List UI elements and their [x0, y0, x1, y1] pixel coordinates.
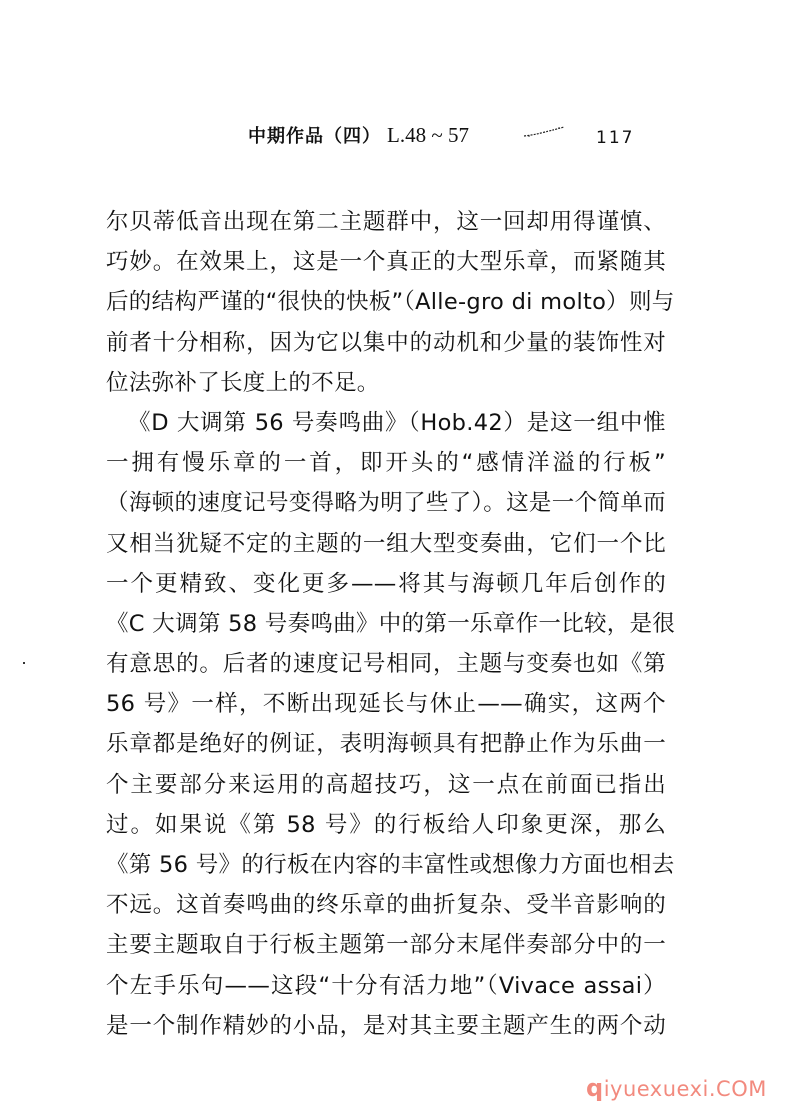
text-line: 前者十分相称，因为它以集中的动机和少量的装饰性对	[106, 323, 666, 363]
text-line: 一拥有慢乐章的一首，即开头的“感情洋溢的行板”	[106, 443, 666, 483]
text-line: 过。如果说《第 58 号》的行板给人印象更深，那么	[106, 805, 666, 845]
text-line: 56 号》一样，不断出现延长与休止——确实，这两个	[106, 684, 666, 724]
text-line: 个主要部分来运用的高超技巧，这一点在前面已指出	[106, 765, 666, 805]
flourish-icon	[523, 126, 565, 138]
text-line: 《第 56 号》的行板在内容的丰富性或想像力方面也相去	[106, 845, 666, 885]
text-line: 不远。这首奏鸣曲的终乐章的曲折复杂、受半音影响的	[106, 885, 666, 925]
text-line: 尔贝蒂低音出现在第二主题群中，这一回却用得谨慎、	[106, 202, 666, 242]
text-line: 有意思的。后者的速度记号相同，主题与变奏也如《第	[106, 644, 666, 684]
watermark-text: iyuexuexi.COM	[604, 1077, 767, 1101]
paragraph-start-line: 《D 大调第 56 号奏鸣曲》（Hob.42）是这一组中惟	[106, 403, 666, 443]
catalog-range: L.48 ~ 57	[387, 123, 469, 148]
chapter-title: 中期作品（四）	[248, 122, 381, 148]
text-line: （海顿的速度记号变得略为明了些了）。这是一个简单而	[106, 483, 666, 523]
site-watermark: qiyuexuexi.COM	[586, 1074, 767, 1102]
watermark-initial: q	[586, 1074, 604, 1102]
text-line: 巧妙。在效果上，这是一个真正的大型乐章，而紧随其	[106, 242, 666, 282]
running-header: 中期作品（四） L.48 ~ 57 117	[248, 122, 648, 152]
text-line: 主要主题取自于行板主题第一部分末尾伴奏部分中的一	[106, 925, 666, 965]
text-line: 乐章都是绝好的例证，表明海顿具有把静止作为乐曲一	[106, 724, 666, 764]
text-line: 《C 大调第 58 号奏鸣曲》中的第一乐章作一比较，是很	[106, 604, 666, 644]
text-line: 是一个制作精妙的小品，是对其主要主题产生的两个动	[106, 1006, 666, 1046]
paragraph-end-line: 位法弥补了长度上的不足。	[106, 363, 666, 403]
page-number: 117	[596, 128, 634, 148]
text-line: 一个更精致、变化更多——将其与海顿几年后创作的	[106, 564, 666, 604]
text-line: 个左手乐句——这段“十分有活力地”（Vivace assai）	[106, 966, 666, 1006]
text-line: 后的结构严谨的“很快的快板”（Alle-gro di molto）则与	[106, 282, 666, 322]
text-line: 又相当犹疑不定的主题的一组大型变奏曲，它们一个比	[106, 524, 666, 564]
body-text: 尔贝蒂低音出现在第二主题群中，这一回却用得谨慎、 巧妙。在效果上，这是一个真正的…	[106, 202, 666, 1046]
scan-speck	[23, 662, 25, 664]
